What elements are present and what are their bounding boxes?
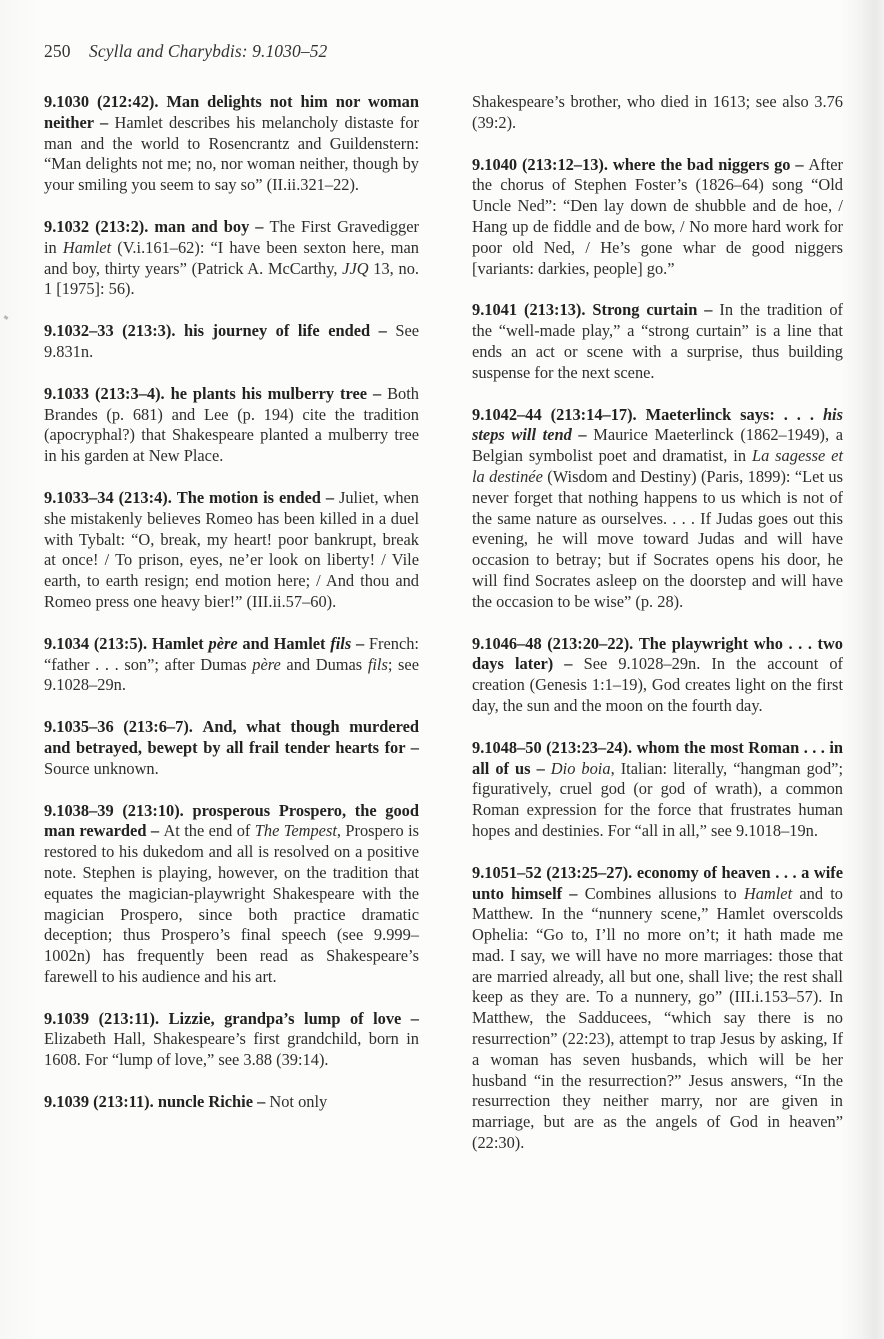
running-head: 250 Scylla and Charybdis: 9.1030–52 <box>44 41 327 62</box>
entry-dash: – <box>253 1092 269 1111</box>
entry-lemma: man and boy <box>154 217 249 236</box>
entry-lemma: Strong curtain <box>592 300 697 319</box>
entry-reference: 9.1034 (213:5). <box>44 634 147 653</box>
gloss-title-italic: Hamlet <box>63 238 111 257</box>
annotation-entry: 9.1040 (213:12–13). where the bad nigger… <box>472 155 843 280</box>
entry-dash: – <box>94 113 115 132</box>
entry-gloss: Maurice Maeterlinck (1862–1949), a Belgi… <box>472 425 843 610</box>
gloss-title-italic: The Tempest <box>255 821 337 840</box>
annotation-entry: 9.1048–50 (213:23–24). whom the most Rom… <box>472 738 843 842</box>
entry-lemma: where the bad niggers go <box>613 155 791 174</box>
left-column: 9.1030 (212:42). Man delights not him no… <box>44 92 419 1134</box>
entry-dash: – <box>531 759 551 778</box>
annotation-entry: 9.1041 (213:13). Strong curtain – In the… <box>472 300 843 383</box>
lemma-italic: père <box>209 634 238 653</box>
lemma-text: and Hamlet <box>238 634 331 653</box>
entry-gloss: At the end of The Tempest, Prospero is r… <box>44 821 419 986</box>
annotation-entry: 9.1033 (213:3–4). he plants his mulberry… <box>44 384 419 467</box>
annotation-entry: 9.1035–36 (213:6–7). And, what though mu… <box>44 717 419 779</box>
entry-lemma: Lizzie, grandpa’s lump of love <box>169 1009 402 1028</box>
lemma-italic: fils <box>330 634 351 653</box>
entry-gloss: Shakespeare’s brother, who died in 1613;… <box>472 92 843 132</box>
entry-dash: – <box>572 425 593 444</box>
entry-lemma: Hamlet père and Hamlet fils <box>152 634 351 653</box>
annotation-entry: 9.1038–39 (213:10). prosperous Prospero,… <box>44 801 419 988</box>
right-column: Shakespeare’s brother, who died in 1613;… <box>472 92 843 1175</box>
entry-dash: – <box>790 155 808 174</box>
entry-reference: 9.1039 (213:11). <box>44 1092 154 1111</box>
entry-gloss: Not only <box>269 1092 327 1111</box>
entry-dash: – <box>351 634 369 653</box>
gloss-text: , Prospero is restored to his dukedom an… <box>44 821 419 986</box>
entry-dash: – <box>370 321 395 340</box>
entry-reference: 9.1038–39 (213:10). <box>44 801 184 820</box>
entry-reference: 9.1046–48 (213:20–22). <box>472 634 633 653</box>
entry-gloss: Elizabeth Hall, Shakespeare’s first gran… <box>44 1029 419 1069</box>
margin-mark <box>4 315 9 320</box>
annotation-entry: 9.1039 (213:11). nuncle Richie – Not onl… <box>44 1092 419 1113</box>
entry-reference: 9.1042–44 (213:14–17). <box>472 405 637 424</box>
entry-reference: 9.1035–36 (213:6–7). <box>44 717 193 736</box>
entry-reference: 9.1048–50 (213:23–24). <box>472 738 632 757</box>
entry-dash: – <box>321 488 339 507</box>
annotation-entry: 9.1046–48 (213:20–22). The playwright wh… <box>472 634 843 717</box>
chapter-title: Scylla and Charybdis: 9.1030–52 <box>89 41 327 61</box>
gloss-text: (Wisdom and Destiny) (Paris, 1899): “Let… <box>472 467 843 611</box>
annotation-entry: 9.1051–52 (213:25–27). economy of heaven… <box>472 863 843 1154</box>
entry-reference: 9.1032 (213:2). <box>44 217 148 236</box>
entry-reference: 9.1039 (213:11). <box>44 1009 159 1028</box>
entry-lemma: nuncle Richie <box>158 1092 253 1111</box>
entry-lemma: The motion is ended <box>177 488 321 507</box>
annotation-entry: 9.1042–44 (213:14–17). Maeterlinck says:… <box>472 405 843 613</box>
annotation-entry: 9.1034 (213:5). Hamlet père and Hamlet f… <box>44 634 419 696</box>
book-page: 250 Scylla and Charybdis: 9.1030–52 9.10… <box>0 0 884 1339</box>
entry-reference: 9.1033–34 (213:4). <box>44 488 172 507</box>
gloss-italic: Dio boia <box>551 759 611 778</box>
gloss-title-italic: Hamlet <box>744 884 792 903</box>
entry-dash: – <box>697 300 719 319</box>
gloss-text: Combines allusions to <box>585 884 744 903</box>
gloss-journal-italic: JJQ <box>342 259 368 278</box>
entry-dash: – <box>562 884 585 903</box>
entry-reference: 9.1033 (213:3–4). <box>44 384 165 403</box>
page-number: 250 <box>44 41 71 61</box>
annotation-entry: 9.1033–34 (213:4). The motion is ended –… <box>44 488 419 613</box>
gloss-text: At the end of <box>163 821 254 840</box>
annotation-entry: 9.1032–33 (213:3). his journey of life e… <box>44 321 419 363</box>
entry-lemma: his journey of life ended <box>184 321 370 340</box>
gloss-text: and to Matthew. In the “nunnery scene,” … <box>472 884 843 1153</box>
entry-dash: – <box>249 217 269 236</box>
entry-dash: – <box>405 738 419 757</box>
annotation-entry: 9.1039 (213:11). Lizzie, grandpa’s lump … <box>44 1009 419 1071</box>
lemma-text: Hamlet <box>152 634 209 653</box>
annotation-entry: 9.1030 (212:42). Man delights not him no… <box>44 92 419 196</box>
entry-reference: 9.1032–33 (213:3). <box>44 321 175 340</box>
entry-gloss: Source unknown. <box>44 759 159 778</box>
gloss-italic: père <box>252 655 281 674</box>
entry-dash: – <box>367 384 387 403</box>
gloss-text: and Dumas <box>281 655 368 674</box>
entry-dash: – <box>553 654 583 673</box>
entry-lemma: Maeterlinck says: . . . <box>646 405 814 424</box>
entry-gloss: Combines allusions to Hamlet and to Matt… <box>472 884 843 1153</box>
annotation-continuation: Shakespeare’s brother, who died in 1613;… <box>472 92 843 134</box>
entry-reference: 9.1040 (213:12–13). <box>472 155 608 174</box>
entry-dash: – <box>146 821 163 840</box>
entry-reference: 9.1041 (213:13). <box>472 300 585 319</box>
entry-reference: 9.1051–52 (213:25–27). <box>472 863 632 882</box>
annotation-entry: 9.1032 (213:2). man and boy – The First … <box>44 217 419 300</box>
entry-reference: 9.1030 (212:42). <box>44 92 158 111</box>
gloss-italic: fils <box>368 655 388 674</box>
entry-lemma: he plants his mulberry tree <box>171 384 367 403</box>
entry-dash: – <box>401 1009 419 1028</box>
